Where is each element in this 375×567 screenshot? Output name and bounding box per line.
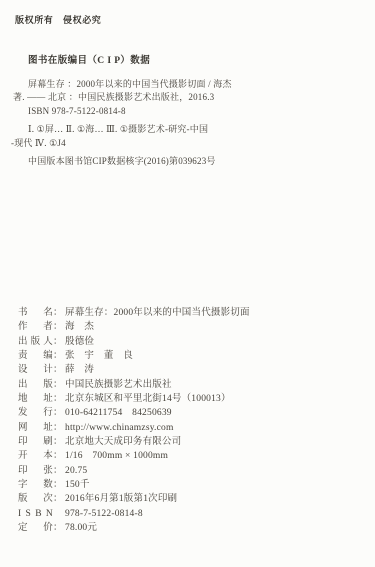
cip-classification-line-1: Ⅰ. ①屏… Ⅱ. ①海… Ⅲ. ①摄影艺术-研究-中国 [13, 123, 365, 137]
colophon-row-label: 字 数 [18, 478, 53, 492]
colophon-row-value: 150千 [62, 480, 90, 490]
colophon-row-label: 书 名 [18, 306, 53, 320]
cip-classification-line-2: -现代 Ⅳ. ①J4 [11, 137, 365, 151]
colophon-row-price: 定 价：78.00元 [18, 521, 250, 535]
copyright-notice: 版权所有 侵权必究 [15, 13, 101, 26]
colophon-row-value: 北京东城区和平里北街14号（100013） [62, 394, 231, 404]
colophon-row-label: I S B N [18, 507, 53, 521]
colophon-row-label: 发 行 [18, 406, 53, 420]
colophon-row-label: 印 张 [18, 464, 53, 478]
book-copyright-page: 版权所有 侵权必究 图书在版编目（C I P）数据 屏幕生存 ：2000年以来的… [0, 0, 375, 567]
colophon-row-label: 出 版 [18, 378, 53, 392]
colophon-row-separator: ： [53, 521, 62, 535]
cip-record-line-1: 屏幕生存 ：2000年以来的中国当代摄影切面 / 海杰 [13, 78, 365, 92]
colophon-row-separator: ： [53, 349, 62, 363]
colophon-row-value: 2016年6月第1版第1次印刷 [62, 494, 177, 504]
colophon-row-separator: ： [53, 363, 62, 377]
colophon-row-website: 网 址：http://www.chinamzsy.com [18, 421, 250, 435]
colophon-row-label: 地 址 [18, 392, 53, 406]
colophon-row-label: 网 址 [18, 421, 53, 435]
colophon-row-label: 出版人 [18, 335, 53, 349]
colophon-row-value: 20.75 [62, 466, 87, 476]
colophon-row-separator: ： [53, 406, 62, 420]
colophon-row-value: http://www.chinamzsy.com [62, 423, 174, 433]
colophon-row-value: 1/16 700mm × 1000mm [62, 451, 168, 461]
colophon-row-address: 地 址：北京东城区和平里北街14号（100013） [18, 392, 250, 406]
colophon-row-value: 薛 涛 [62, 365, 94, 375]
colophon-row-value: 78.00元 [62, 523, 97, 533]
colophon-row-editors: 责 编：张 宇 董 良 [18, 349, 250, 363]
colophon-row-value: 张 宇 董 良 [62, 351, 133, 361]
colophon-row-separator: ： [53, 392, 62, 406]
colophon-row-value: 殷德俭 [62, 337, 94, 347]
colophon-row-label: 设 计 [18, 363, 53, 377]
colophon-row-value: 010-64211754 84250639 [62, 408, 172, 418]
cip-data-section: 图书在版编目（C I P）数据 屏幕生存 ：2000年以来的中国当代摄影切面 /… [13, 55, 365, 169]
colophon-row-separator: ： [53, 449, 62, 463]
colophon-row-label: 印 刷 [18, 435, 53, 449]
colophon-row-book-title: 书 名：屏幕生存：2000年以来的中国当代摄影切面 [18, 306, 250, 320]
colophon-row-separator: ： [53, 320, 62, 334]
colophon-row-publisher: 出 版：中国民族摄影艺术出版社 [18, 378, 250, 392]
colophon-row-value: 海 杰 [62, 322, 94, 332]
cip-record-line-2: 著. —— 北京 ：中国民族摄影艺术出版社，2016.3 [13, 91, 365, 105]
colophon-row-separator: ： [53, 421, 62, 435]
colophon-row-label: 定 价 [18, 521, 53, 535]
cip-heading: 图书在版编目（C I P）数据 [13, 55, 365, 69]
colophon-row-separator: ： [53, 435, 62, 449]
colophon-row-word-count: 字 数：150千 [18, 478, 250, 492]
colophon-row-separator: ： [53, 492, 62, 506]
colophon-row-format: 开 本：1/16 700mm × 1000mm [18, 449, 250, 463]
colophon-row-edition: 版 次：2016年6月第1版第1次印刷 [18, 492, 250, 506]
colophon-row-label: 开 本 [18, 449, 53, 463]
colophon-row-separator: ： [53, 378, 62, 392]
colophon-row-value: 978-7-5122-0814-8 [62, 509, 143, 519]
colophon-row-distribution-phone: 发 行：010-64211754 84250639 [18, 406, 250, 420]
colophon-row-label: 版 次 [18, 492, 53, 506]
colophon-row-separator: ： [53, 464, 62, 478]
colophon-row-printer: 印 刷：北京地大天成印务有限公司 [18, 435, 250, 449]
colophon-row-value: 北京地大天成印务有限公司 [62, 437, 181, 447]
colophon-row-separator [53, 507, 62, 521]
cip-classification: Ⅰ. ①屏… Ⅱ. ①海… Ⅲ. ①摄影艺术-研究-中国 -现代 Ⅳ. ①J4 [13, 123, 365, 150]
colophon-row-separator: ： [53, 335, 62, 349]
colophon-row-designer: 设 计：薛 涛 [18, 363, 250, 377]
colophon-row-sheets: 印 张：20.75 [18, 464, 250, 478]
colophon-row-label: 责 编 [18, 349, 53, 363]
colophon-row-isbn: I S B N 978-7-5122-0814-8 [18, 507, 250, 521]
colophon-row-separator: ： [53, 478, 62, 492]
colophon-row-author: 作 者：海 杰 [18, 320, 250, 334]
colophon-row-value: 屏幕生存：2000年以来的中国当代摄影切面 [62, 308, 250, 318]
colophon-row-publisher-person: 出版人：殷德俭 [18, 335, 250, 349]
colophon-row-separator: ： [53, 306, 62, 320]
colophon-row-value: 中国民族摄影艺术出版社 [62, 380, 172, 390]
colophon-row-label: 作 者 [18, 320, 53, 334]
colophon-section: 书 名：屏幕生存：2000年以来的中国当代摄影切面 作 者：海 杰 出版人：殷德… [18, 306, 250, 536]
cip-record-number: 中国版本图书馆CIP数据核字(2016)第039623号 [13, 155, 365, 169]
cip-record-line-3: ISBN 978-7-5122-0814-8 [13, 105, 365, 119]
